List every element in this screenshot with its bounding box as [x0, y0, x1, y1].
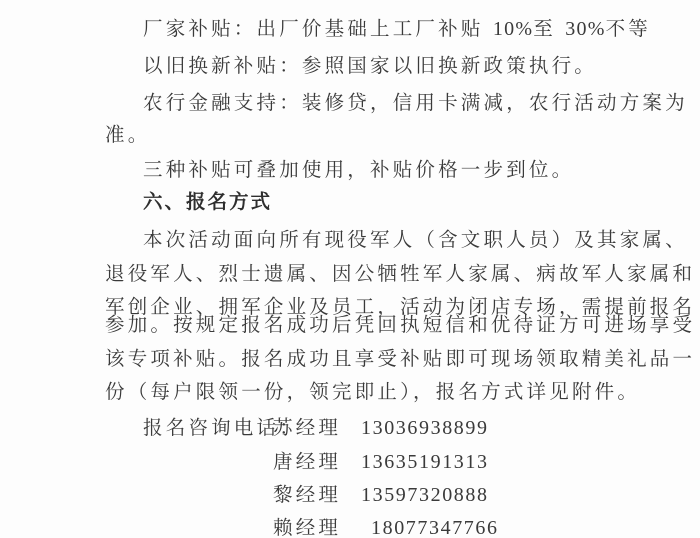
contact-row: 黎经理13597320888	[273, 483, 489, 507]
contact-phone: 13036938899	[361, 417, 489, 439]
abc-finance-text-cont: 准。	[105, 123, 150, 146]
contact-row: 苏经理13036938899	[273, 416, 489, 440]
contact-phone: 13635191313	[361, 451, 489, 473]
factory-subsidy-high: 30%	[565, 18, 605, 40]
contact-name: 唐经理	[273, 450, 361, 474]
document-page: 厂家补贴：出厂价基础上工厂补贴 10%至 30%不等 以旧换新补贴：参照国家以旧…	[0, 0, 700, 538]
factory-subsidy-low: 10%	[493, 18, 533, 40]
factory-subsidy-after: 不等	[606, 17, 651, 40]
trade-in-subsidy-label: 以旧换新补贴：	[143, 54, 302, 77]
abc-finance-label: 农行金融支持：	[143, 91, 302, 114]
paragraph-line: 退役军人、烈士遗属、因公牺牲军人家属、病故军人家属和	[105, 262, 695, 286]
stacking-note: 三种补贴可叠加使用，补贴价格一步到位。	[143, 158, 574, 182]
trade-in-subsidy-line: 以旧换新补贴：参照国家以旧换新政策执行。	[143, 54, 597, 78]
factory-subsidy-label: 厂家补贴：	[143, 17, 257, 40]
abc-finance-line-2: 准。	[105, 123, 150, 147]
contact-name: 赖经理	[273, 516, 371, 538]
contact-row: 赖经理18077347766	[273, 516, 499, 538]
paragraph-line: 本次活动面向所有现役军人（含文职人员）及其家属、	[143, 228, 688, 252]
factory-subsidy-line: 厂家补贴：出厂价基础上工厂补贴 10%至 30%不等	[143, 17, 651, 41]
contact-name: 黎经理	[273, 483, 361, 507]
contact-phone: 18077347766	[371, 517, 499, 538]
paragraph-line: 份（每户限领一份，领完即止），报名方式详见附件。	[105, 380, 640, 404]
trade-in-subsidy-text: 参照国家以旧换新政策执行。	[302, 54, 597, 77]
paragraph-line: 参加。按规定报名成功后凭回执短信和优待证方可进场享受	[105, 313, 695, 337]
contact-phone: 13597320888	[361, 484, 489, 506]
factory-subsidy-mid: 至	[533, 17, 565, 40]
abc-finance-text: 装修贷，信用卡满减，农行活动方案为	[302, 91, 688, 114]
abc-finance-line: 农行金融支持：装修贷，信用卡满减，农行活动方案为	[143, 91, 688, 115]
contact-name: 苏经理	[273, 416, 361, 440]
paragraph-line: 该专项补贴。报名成功且享受补贴即可现场领取精美礼品一	[105, 347, 695, 371]
factory-subsidy-text: 出厂价基础上工厂补贴	[257, 17, 493, 40]
contact-row: 唐经理13635191313	[273, 450, 489, 474]
section-six-heading: 六、报名方式	[143, 190, 272, 214]
